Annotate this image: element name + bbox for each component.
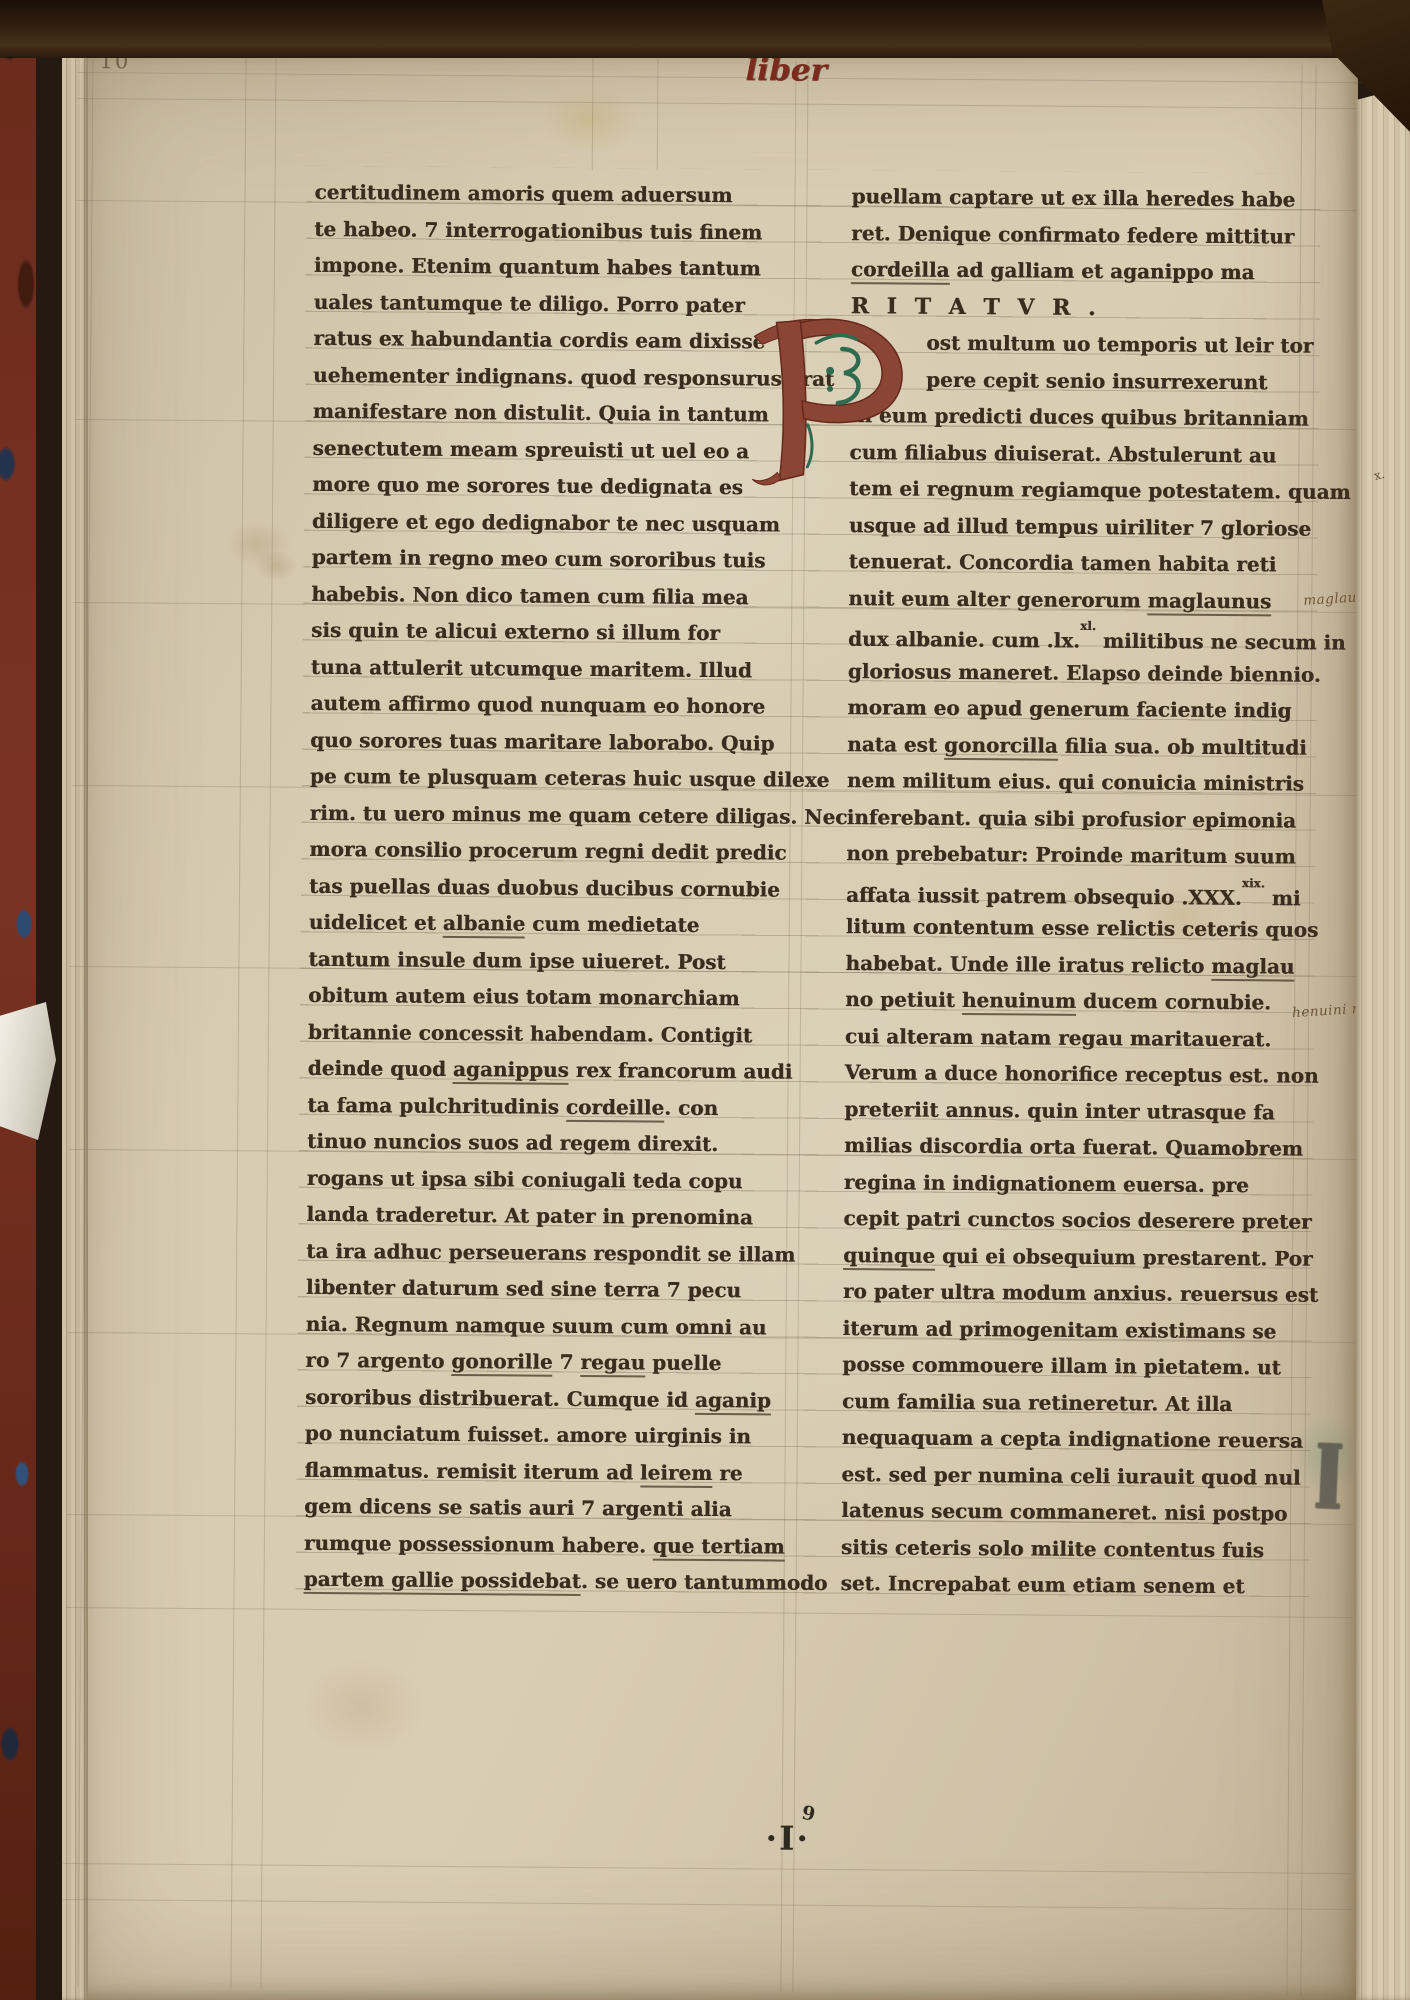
edge-pen-mark: x. (1372, 467, 1386, 483)
text-line: R I T A T V R . (850, 288, 1312, 328)
rule-line (77, 55, 93, 1987)
text-line: cepit patri cunctos socios deserere pret… (843, 1200, 1305, 1240)
text-line: regina in indignationem euersa. pre (844, 1164, 1306, 1204)
text-line: nia. Regnum namque suum cum omni au (305, 1305, 757, 1345)
text-line: gloriosus maneret. Elapso deinde biennio… (848, 653, 1310, 693)
text-line: ro 7 argento gonorille 7 regau puelle (305, 1342, 757, 1382)
text-line: more quo me sorores tue dedignata es (312, 466, 764, 506)
rule-line (592, 55, 594, 170)
text-line: partem in regno meo cum sororibus tuis (312, 539, 764, 579)
text-line: tas puellas duas duobus ducibus cornubie (309, 867, 761, 907)
text-line: gem dicens se satis auri 7 argenti alia (304, 1488, 756, 1528)
text-line: mora consilio procerum regni dedit predi… (309, 831, 761, 871)
rule-line (77, 98, 1365, 109)
text-line: nata est gonorcilla filia sua. ob multit… (847, 726, 1309, 766)
text-line: ratus ex habundantia cordis eam dixisse (313, 320, 765, 360)
text-line: tantum insule dum ipse uiueret. Post (308, 940, 760, 980)
text-line: sitis ceteris solo milite contentus fuis (841, 1529, 1303, 1569)
ink-offset-mark (1319, 1445, 1339, 1508)
text-line: libenter daturum sed sine terra 7 pecu (306, 1269, 758, 1309)
text-line: senectutem meam spreuisti ut uel eo a (312, 429, 764, 469)
text-line: flammatus. remisit iterum ad leirem re (304, 1451, 756, 1491)
text-line: ret. Denique confirmato federe mittitur (851, 215, 1313, 255)
text-line: ro pater ultra modum anxius. reuersus es… (843, 1273, 1305, 1313)
text-line: sis quin te alicui externo si illum for (311, 612, 763, 652)
text-line: tem ei regnum regiamque potestatem. quam (849, 470, 1311, 510)
text-line: uales tantumque te diligo. Porro pater (314, 283, 766, 323)
rule-line (63, 1899, 1351, 1910)
text-line: inferebant. quia sibi profusior epimonia (846, 799, 1308, 839)
quire-signature: 9 ·I· (756, 1802, 836, 1803)
text-line: dux albanie. cum .lx.xl. militibus ne se… (848, 616, 1310, 656)
text-line: habebis. Non dico tamen cum filia mea (311, 575, 763, 615)
text-line: no petiuit henuinum ducem cornubie. (845, 981, 1307, 1021)
page-edges-right: x. (1356, 86, 1410, 2000)
manuscript-page: 10 liber certitudinem amoris quem aduers… (62, 46, 1358, 2000)
text-line: partem gallie possidebat. se uero tantum… (303, 1561, 755, 1601)
text-line: in eum predicti duces quibus britanniam (850, 397, 1312, 437)
text-line: certitudinem amoris quem aduersum (314, 174, 766, 214)
text-line: uehementer indignans. quod responsurus e… (313, 356, 765, 396)
text-line: moram eo apud generum faciente indig (847, 689, 1309, 729)
text-line: obitum autem eius totam monarchiam (308, 977, 760, 1017)
manuscript-photo: 10 liber certitudinem amoris quem aduers… (0, 0, 1410, 2000)
margin-note-henuinus: henuini m (1292, 1001, 1366, 1021)
text-line: cordeilla ad galliam et aganippo ma (851, 251, 1313, 291)
rule-line (230, 56, 246, 1988)
text-line: cum familia sua retineretur. At illa (842, 1383, 1304, 1423)
text-line: puellam captare ut ex illa heredes habe (851, 178, 1313, 218)
text-line: po nunciatum fuisset. amore uirginis in (305, 1415, 757, 1455)
rule-line (260, 57, 276, 1989)
text-line: set. Increpabat eum etiam senem et (840, 1565, 1302, 1605)
text-line: pe cum te plusquam ceteras huic usque di… (310, 758, 762, 798)
text-line: habebat. Unde ille iratus relicto maglau (845, 945, 1307, 985)
illuminated-initial-P (749, 312, 915, 491)
leather-binding (0, 0, 1410, 58)
text-line: nem militum eius. qui conuicia ministris (847, 762, 1309, 802)
text-line: milias discordia orta fuerat. Quamobrem (844, 1127, 1306, 1167)
rule-line (63, 1863, 1351, 1874)
text-line: uidelicet et albanie cum medietate (309, 904, 761, 944)
text-line: britannie concessit habendam. Contigit (308, 1013, 760, 1053)
text-line: ta ira adhuc perseuerans respondit se il… (306, 1232, 758, 1272)
text-line: quo sorores tuas maritare laborabo. Quip (310, 721, 762, 761)
text-line: nuit eum alter generorum maglaunus (848, 580, 1310, 620)
text-line: sororibus distribuerat. Cumque id aganip (305, 1378, 757, 1418)
text-line: cum filiabus diuiserat. Abstulerunt au (849, 434, 1311, 474)
text-line: latenus secum commaneret. nisi postpo (841, 1492, 1303, 1532)
text-line: usque ad illud tempus uiriliter 7 glorio… (849, 507, 1311, 547)
text-line: affata iussit patrem obsequio .XXX.xix. … (846, 872, 1308, 912)
text-line: rumque possessionum habere. que tertiam (304, 1524, 756, 1564)
text-line: rim. tu uero minus me quam cetere diliga… (309, 794, 761, 834)
text-line: preteriit annus. quin inter utrasque fa (844, 1091, 1306, 1131)
text-line: non prebebatur: Proinde maritum suum (846, 835, 1308, 875)
text-line: tenuerat. Concordia tamen habita reti (848, 543, 1310, 583)
text-line: rogans ut ipsa sibi coniugali teda copu (307, 1159, 759, 1199)
text-line: landa traderetur. At pater in prenomina (306, 1196, 758, 1236)
text-line: tuna attulerit utcumque maritem. Illud (311, 648, 763, 688)
text-line: nequaquam a cepta indignatione reuersa (842, 1419, 1304, 1459)
text-line: Verum a duce honorifice receptus est. no… (844, 1054, 1306, 1094)
text-line: deinde quod aganippus rex francorum audi (307, 1050, 759, 1090)
text-line: ta fama pulchritudinis cordeille. con (307, 1086, 759, 1126)
text-column-left: certitudinem amoris quem aduersumte habe… (303, 174, 766, 1601)
rule-line (657, 56, 659, 171)
text-line: ost multum uo temporis ut leir tor (850, 324, 1312, 364)
text-line: iterum ad primogenitam existimans se (842, 1310, 1304, 1350)
quire-mark: ·I· (765, 1818, 810, 1857)
text-line: autem affirmo quod nunquam eo honore (310, 685, 762, 725)
text-line: est. sed per numina celi iurauit quod nu… (841, 1456, 1303, 1496)
text-line: litum contentum esse relictis ceteris qu… (846, 908, 1308, 948)
text-line: diligere et ego dedignabor te nec usquam (312, 502, 764, 542)
page-holder-clip (0, 1002, 56, 1140)
text-line: pere cepit senio insurrexerunt (850, 361, 1312, 401)
text-line: quinque qui ei obsequium prestarent. Por (843, 1237, 1305, 1277)
text-line: impone. Etenim quantum habes tantum (314, 247, 766, 287)
text-line: cui alteram natam regau maritauerat. (845, 1018, 1307, 1058)
rule-line (77, 72, 1365, 83)
page-content: 10 liber certitudinem amoris quem aduers… (54, 41, 1365, 2000)
text-line: tinuo nuncios suos ad regem direxit. (307, 1123, 759, 1163)
text-line: te habeo. 7 interrogationibus tuis finem (314, 210, 766, 250)
text-line: manifestare non distulit. Quia in tantum (313, 393, 765, 433)
text-line: posse commouere illam in pietatem. ut (842, 1346, 1304, 1386)
